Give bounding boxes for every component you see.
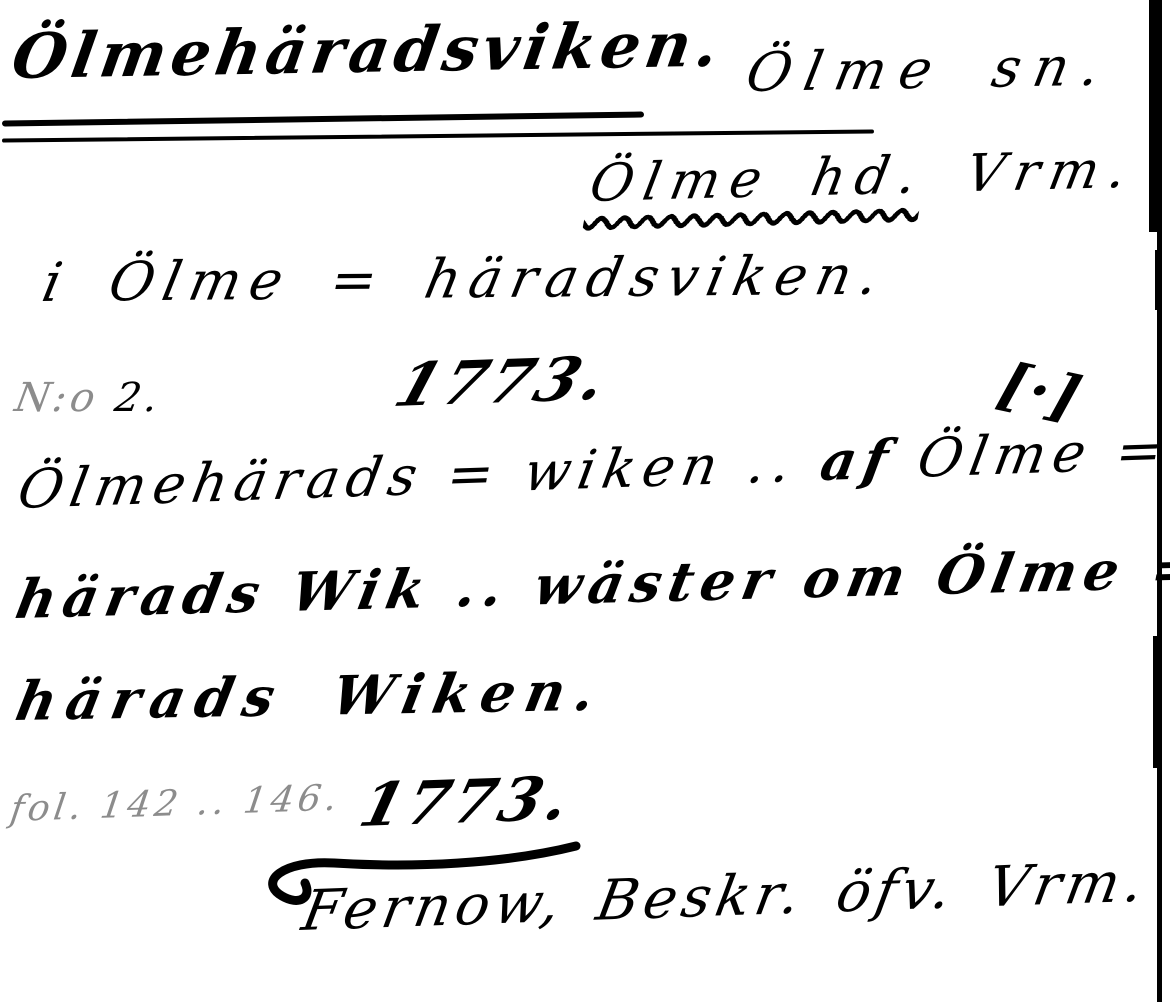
- province-abbreviation: Vrm.: [920, 140, 1141, 205]
- scan-edge-segment-mid: [1153, 636, 1160, 768]
- year-heading: 1773.: [388, 349, 618, 416]
- parish-annotation: Ölme sn.: [742, 40, 1117, 100]
- scan-edge-segment-upper: [1155, 250, 1161, 310]
- entry-number: N:o 2.: [12, 378, 165, 418]
- quote-line-1-start: Ölmehärads = wiken ..: [13, 430, 827, 521]
- title-underline-bottom: [2, 129, 874, 142]
- locative-phrase: i Ölme = häradsviken.: [38, 249, 892, 310]
- archive-card-scan: Ölmehäradsviken. Ölme sn. Ölme hd. Vrm. …: [0, 0, 1170, 1002]
- page-title: Ölmehäradsviken.: [8, 14, 728, 88]
- margin-bracket-mark: [·]: [992, 355, 1089, 427]
- entry-number-ink-part: 2.: [95, 375, 166, 421]
- district-underlined-part: Ölme hd.: [585, 145, 931, 214]
- quote-line-3: härads Wiken.: [12, 664, 609, 728]
- district-annotation: Ölme hd. Vrm.: [586, 144, 1140, 210]
- emphasized-word: af: [816, 427, 900, 493]
- folio-reference: fol. 142 .. 146.: [8, 781, 343, 828]
- quote-line-1: Ölmehärads = wiken .. af Ölme =: [14, 422, 1170, 517]
- quote-line-1-end: Ölme =: [889, 418, 1170, 490]
- scan-edge-blotch: [1149, 0, 1162, 232]
- quote-line-2: härads Wik .. wäster om Ölme =: [12, 541, 1170, 626]
- citation-year: 1773.: [354, 769, 579, 836]
- entry-number-pencil-part: N:o: [11, 375, 102, 421]
- title-underline-top: [2, 112, 644, 127]
